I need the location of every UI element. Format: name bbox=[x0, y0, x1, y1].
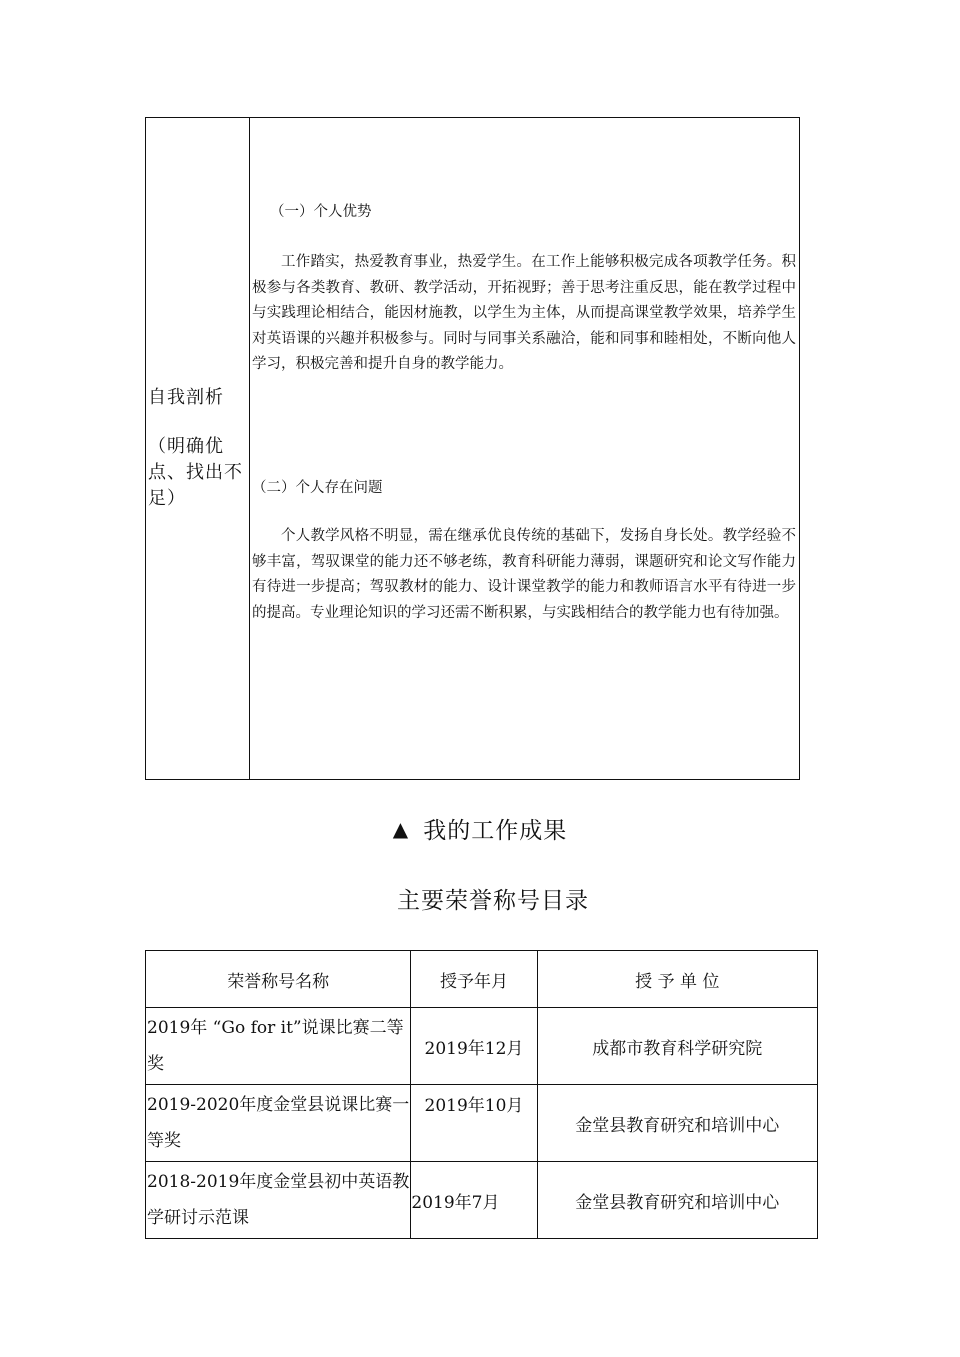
honor-name: 2018-2019年度金堂县初中英语教学研讨示范课 bbox=[146, 1162, 411, 1239]
triangle-marker-icon: ▲ bbox=[393, 812, 409, 846]
achievements-title: 我的工作成果 bbox=[423, 818, 567, 844]
strengths-paragraph: 工作踏实，热爱教育事业，热爱学生。在工作上能够积极完成各项教学任务。积极参与各类… bbox=[252, 250, 796, 378]
self-analysis-table: 自我剖析 （明确优点、找出不足） （一）个人优势 工作踏实，热爱教育事业，热爱学… bbox=[145, 117, 800, 780]
award-unit: 金堂县教育研究和培训中心 bbox=[537, 1162, 817, 1239]
self-analysis-content-cell: （一）个人优势 工作踏实，热爱教育事业，热爱学生。在工作上能够积极完成各项教学任… bbox=[250, 118, 799, 779]
header-honor-name: 荣誉称号名称 bbox=[146, 951, 411, 1008]
honor-name: 2019年 “Go for it”说课比赛二等奖 bbox=[146, 1008, 411, 1085]
header-award-date: 授予年月 bbox=[411, 951, 537, 1008]
award-date: 2019年7月 bbox=[411, 1162, 537, 1239]
award-unit: 成都市教育科学研究院 bbox=[537, 1008, 817, 1085]
honor-table: 荣誉称号名称 授予年月 授 予 单 位 2019年 “Go for it”说课比… bbox=[145, 950, 818, 1239]
header-award-unit: 授 予 单 位 bbox=[537, 951, 817, 1008]
problems-paragraph: 个人教学风格不明显，需在继承优良传统的基础下，发扬自身长处。教学经验不够丰富，驾… bbox=[252, 524, 796, 626]
achievements-heading: ▲我的工作成果 bbox=[0, 812, 960, 848]
honors-subtitle: 主要荣誉称号目录 bbox=[0, 884, 960, 918]
award-unit: 金堂县教育研究和培训中心 bbox=[537, 1085, 817, 1162]
self-analysis-label: 自我剖析 bbox=[148, 386, 224, 410]
table-row: 2019-2020年度金堂县说课比赛一等奖 2019年10月 金堂县教育研究和培… bbox=[146, 1085, 818, 1162]
problems-heading: （二）个人存在问题 bbox=[252, 478, 383, 498]
table-header-row: 荣誉称号名称 授予年月 授 予 单 位 bbox=[146, 951, 818, 1008]
strengths-heading: （一）个人优势 bbox=[270, 202, 372, 222]
self-analysis-sublabel: （明确优点、找出不足） bbox=[148, 434, 248, 512]
award-date: 2019年12月 bbox=[411, 1008, 537, 1085]
table-row: 2019年 “Go for it”说课比赛二等奖 2019年12月 成都市教育科… bbox=[146, 1008, 818, 1085]
table-row: 2018-2019年度金堂县初中英语教学研讨示范课 2019年7月 金堂县教育研… bbox=[146, 1162, 818, 1239]
award-date: 2019年10月 bbox=[411, 1085, 537, 1162]
self-analysis-label-cell: 自我剖析 （明确优点、找出不足） bbox=[146, 118, 250, 779]
honor-name: 2019-2020年度金堂县说课比赛一等奖 bbox=[146, 1085, 411, 1162]
